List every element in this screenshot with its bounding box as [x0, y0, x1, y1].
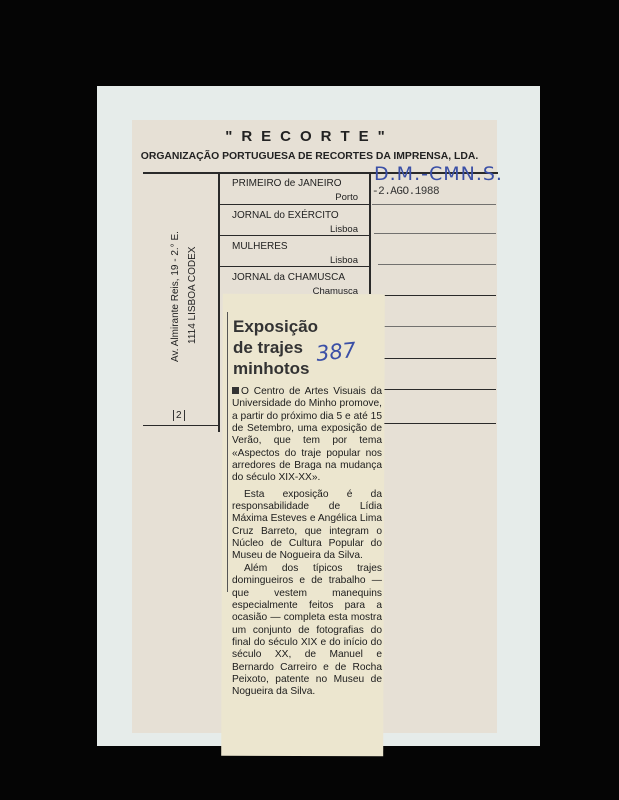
publication-name: PRIMEIRO de JANEIRO [232, 178, 341, 189]
left-bottom-rule [143, 425, 220, 426]
publication-name: MULHERES [232, 241, 288, 252]
handwritten-number: 387 [315, 338, 357, 366]
bullet-square-icon [232, 387, 239, 394]
right-rule [374, 233, 496, 234]
address-line-1: Av. Almirante Reis, 19 - 2.° E. [170, 231, 181, 362]
publication-row: JORNAL da CHAMUSCA Chamusca [220, 266, 370, 297]
clipping-body: O Centro de Artes Visuais da Universidad… [232, 386, 382, 699]
column-rule [227, 312, 228, 592]
clipping-headline: Exposição de trajes minhotos [233, 316, 318, 379]
handwritten-code: D.M.-CMN.S. [374, 163, 503, 185]
publication-name: JORNAL do EXÉRCITO [232, 210, 339, 221]
publication-row: JORNAL do EXÉRCITO Lisboa [220, 204, 370, 235]
right-rule [382, 423, 496, 424]
headline-line: de trajes [233, 337, 318, 358]
headline-line: Exposição [233, 316, 318, 337]
publication-city: Lisboa [330, 255, 358, 266]
paragraph-1: O Centro de Artes Visuais da Universidad… [232, 386, 382, 485]
agency-title: "RECORTE" [0, 128, 619, 145]
publication-name: JORNAL da CHAMUSCA [232, 272, 345, 283]
publication-city: Lisboa [330, 224, 358, 235]
address-line-2: 1114 LISBOA CODEX [187, 247, 198, 344]
right-rule [382, 295, 496, 296]
publication-row: PRIMEIRO de JANEIRO Porto [220, 172, 370, 206]
paragraph-3: Além dos típicos trajes domingueiros e d… [232, 563, 382, 699]
right-rule [382, 389, 496, 390]
publication-row: MULHERES Lisboa [220, 235, 370, 266]
publication-city: Porto [335, 192, 358, 203]
headline-line: minhotos [233, 358, 318, 379]
agency-subtitle: ORGANIZAÇÃO PORTUGUESA DE RECORTES DA IM… [0, 151, 619, 162]
paragraph-1-text: O Centro de Artes Visuais da Universidad… [232, 386, 382, 483]
right-rule [382, 326, 496, 327]
right-rule [382, 358, 496, 359]
date-stamp: -2.AGO.1988 [372, 186, 439, 198]
right-rule [378, 264, 496, 265]
box-number: 2 [173, 410, 185, 421]
paragraph-2: Esta exposição é da responsabilidade de … [232, 489, 382, 563]
right-rule [372, 204, 496, 205]
